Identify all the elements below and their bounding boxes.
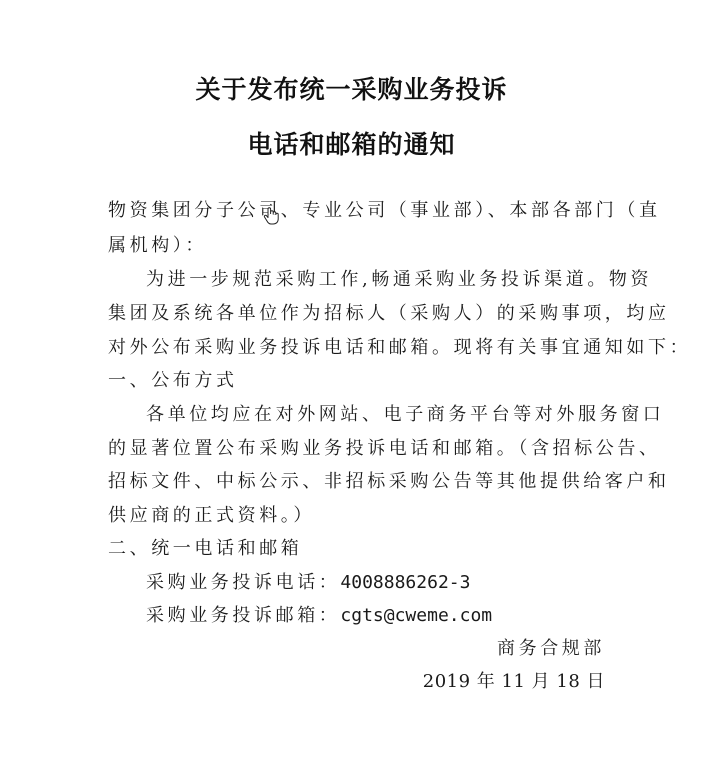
section1-line2: 的显著位置公布采购业务投诉电话和邮箱。（含招标公告、: [108, 434, 661, 460]
section1-line1: 各单位均应在对外网站、电子商务平台等对外服务窗口: [146, 400, 664, 426]
email-row: 采购业务投诉邮箱：cgts@cweme.com: [146, 601, 492, 627]
signature-department: 商务合规部: [497, 634, 605, 660]
section1-heading: 一、公布方式: [108, 366, 238, 392]
intro-line2: 集团及系统各单位作为招标人（采购人）的采购事项，均应: [108, 299, 670, 325]
signature-date: 2019 年 11 月 18 日: [423, 667, 605, 693]
intro-line3: 对外公布采购业务投诉电话和邮箱。现将有关事宜通知如下：: [108, 333, 691, 359]
hand-pointer-icon: [262, 206, 280, 226]
recipients-line2: 属机构）：: [108, 231, 207, 257]
document-title-line2: 电话和邮箱的通知: [0, 125, 703, 161]
email-label: 采购业务投诉邮箱：: [146, 605, 340, 626]
email-value: cgts@cweme.com: [340, 605, 492, 626]
section2-heading: 二、统一电话和邮箱: [108, 534, 302, 560]
recipients-line1: 物资集团分子公司、专业公司（事业部）、本部各部门（直: [108, 196, 661, 222]
section1-line4: 供应商的正式资料。）: [108, 501, 315, 527]
section1-line3: 招标文件、中标公示、非招标采购公告等其他提供给客户和: [108, 467, 670, 493]
phone-row: 采购业务投诉电话：4008886262-3: [146, 568, 470, 594]
intro-line1: 为进一步规范采购工作,畅通采购业务投诉渠道。物资: [146, 265, 652, 291]
phone-label: 采购业务投诉电话：: [146, 572, 340, 593]
phone-value: 4008886262-3: [340, 572, 470, 593]
document-title-line1: 关于发布统一采购业务投诉: [0, 70, 703, 106]
